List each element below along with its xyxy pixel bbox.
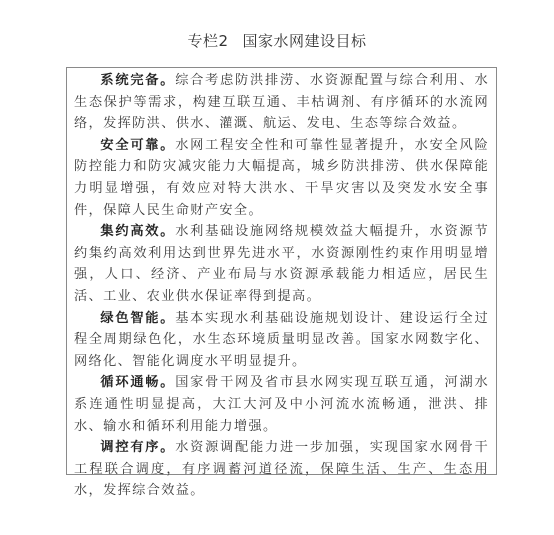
goal-heading: 系统完备。 <box>100 73 175 88</box>
goal-item-system-complete: 系统完备。综合考虑防洪排涝、水资源配置与综合利用、水生态保护等需求，构建互联互通… <box>74 70 489 135</box>
content-box: 系统完备。综合考虑防洪排涝、水资源配置与综合利用、水生态保护等需求，构建互联互通… <box>66 67 497 475</box>
column-title: 国家水网建设目标 <box>243 32 367 50</box>
goal-item-orderly-control: 调控有序。水资源调配能力进一步加强，实现国家水网骨干工程联合调度，有序调蓄河道径… <box>74 437 489 502</box>
goal-item-intensive-efficient: 集约高效。水利基础设施网络规模效益大幅提升，水资源节约集约高效利用达到世界先进水… <box>74 221 489 307</box>
page-title: 专栏2国家水网建设目标 <box>0 30 554 51</box>
goal-heading: 集约高效。 <box>100 224 175 239</box>
goal-item-green-smart: 绿色智能。基本实现水利基础设施规划设计、建设运行全过程全周期绿色化，水生态环境质… <box>74 308 489 373</box>
column-label: 专栏2 <box>187 32 228 50</box>
goal-heading: 循环通畅。 <box>100 375 175 390</box>
goal-heading: 安全可靠。 <box>100 138 175 153</box>
goal-heading: 绿色智能。 <box>100 311 175 326</box>
goal-item-circulation-smooth: 循环通畅。国家骨干网及省市县水网实现互联互通，河湖水系连通性明显提高，大江大河及… <box>74 372 489 437</box>
goal-heading: 调控有序。 <box>100 440 175 455</box>
goal-item-safe-reliable: 安全可靠。水网工程安全性和可靠性显著提升，水安全风险防控能力和防灾减灾能力大幅提… <box>74 135 489 221</box>
